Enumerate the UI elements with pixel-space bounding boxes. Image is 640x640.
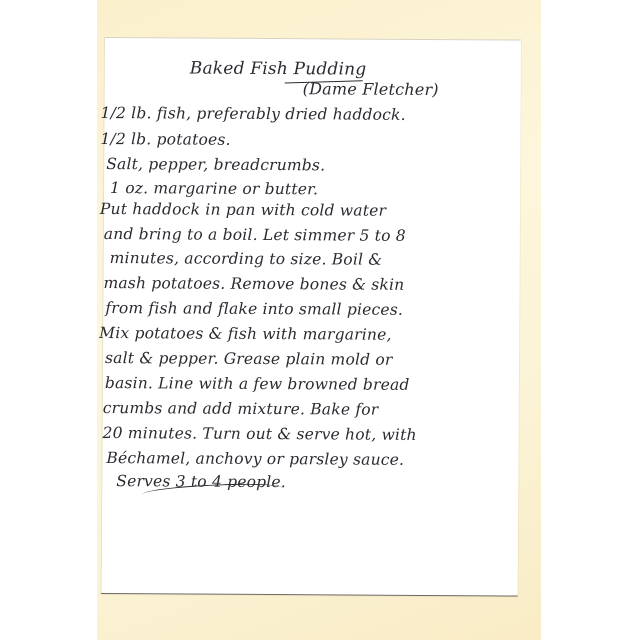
- instruction-line: Mix potatoes & fish with margarine,: [99, 324, 392, 344]
- ingredient-line: 1 oz. margarine or butter.: [110, 179, 318, 198]
- recipe-card: Baked Fish Pudding (Dame Fletcher) 1/2 l…: [101, 37, 521, 597]
- instruction-line: and bring to a boil. Let simmer 5 to 8: [104, 225, 406, 245]
- instruction-line: Béchamel, anchovy or parsley sauce.: [106, 449, 404, 469]
- ingredient-line: 1/2 lb. fish, preferably dried haddock.: [100, 104, 405, 124]
- instruction-line: from fish and flake into small pieces.: [105, 299, 403, 319]
- ingredient-line: Salt, pepper, breadcrumbs.: [106, 155, 325, 174]
- instruction-line: salt & pepper. Grease plain mold or: [105, 349, 393, 369]
- instruction-line: crumbs and add mixture. Bake for: [103, 399, 379, 419]
- instruction-line: Put haddock in pan with cold water: [100, 200, 386, 220]
- ingredient-line: 1/2 lb. potatoes.: [100, 130, 230, 149]
- recipe-title: Baked Fish Pudding: [190, 59, 367, 80]
- instruction-line: minutes, according to size. Boil &: [110, 249, 383, 269]
- recipe-attribution: (Dame Fletcher): [303, 79, 439, 99]
- instruction-line: 20 minutes. Turn out & serve hot, with: [103, 424, 417, 444]
- instruction-line: basin. Line with a few browned bread: [105, 374, 410, 394]
- instruction-line: mash potatoes. Remove bones & skin: [103, 274, 404, 294]
